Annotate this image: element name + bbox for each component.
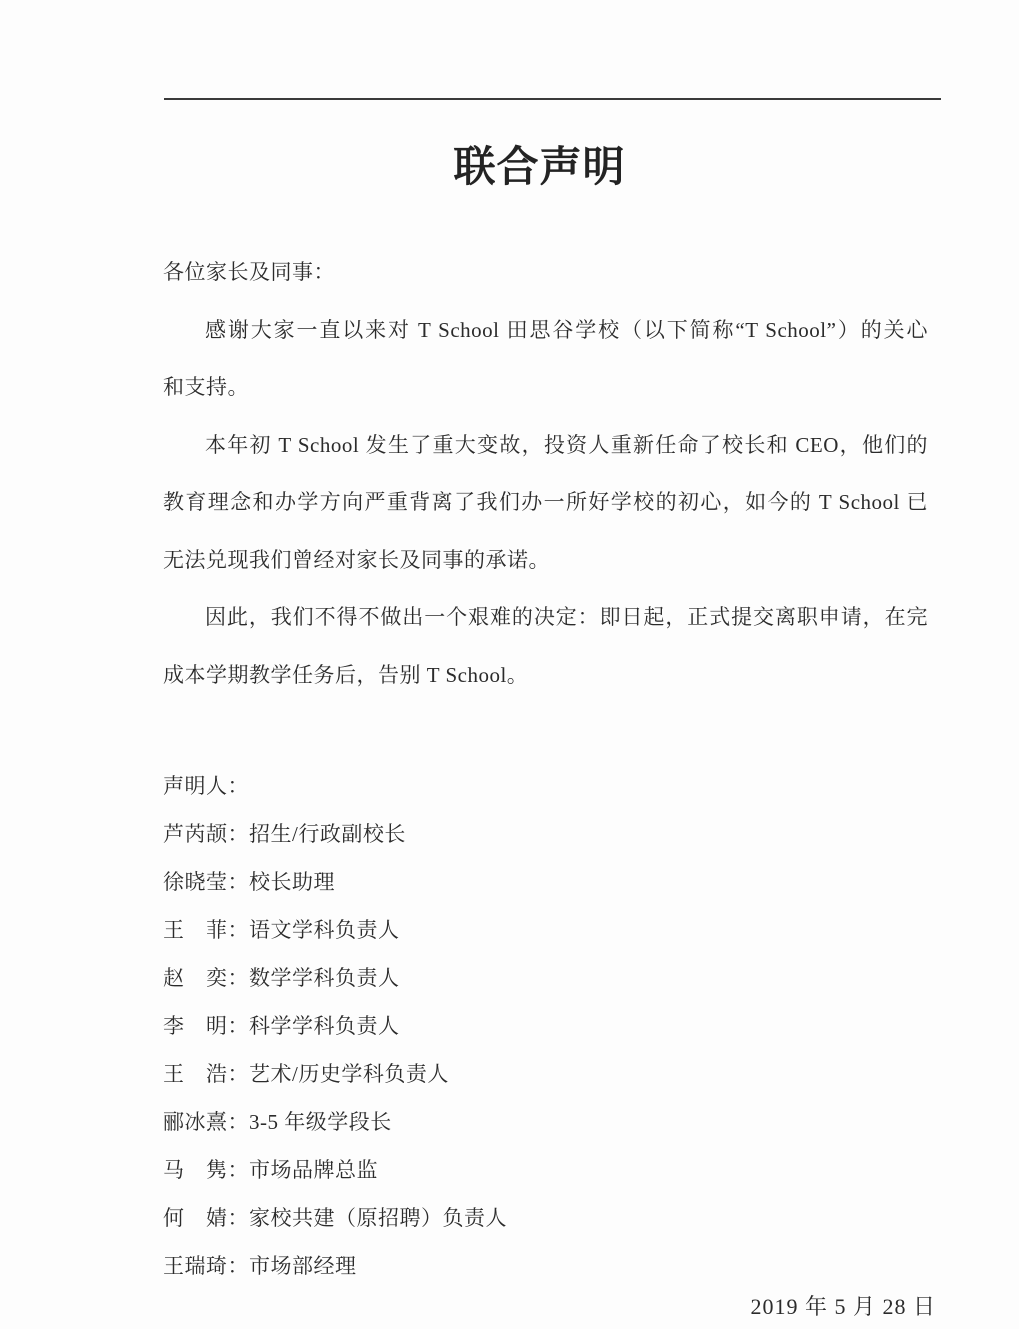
paragraph-2-line-1: 本年初 T School 发生了重大变故，投资人重新任命了校长和 CEO，他们的 <box>163 417 928 475</box>
salutation: 各位家长及同事： <box>163 244 928 302</box>
paragraph-3: 因此，我们不得不做出一个艰难的决定：即日起，正式提交离职申请，在完 成本学期教学… <box>163 589 928 704</box>
document-page: 联合声明 各位家长及同事： 感谢大家一直以来对 T School 田思谷学校（以… <box>0 0 1019 1329</box>
signatures-block: 声明人： 芦芮颉：招生/行政副校长 徐晓莹：校长助理 王 菲：语文学科负责人 赵… <box>163 762 928 1290</box>
header-divider <box>164 98 941 100</box>
body-text: 各位家长及同事： 感谢大家一直以来对 T School 田思谷学校（以下简称“T… <box>163 244 928 704</box>
paragraph-1: 感谢大家一直以来对 T School 田思谷学校（以下简称“T School”）… <box>163 302 928 417</box>
signatory-line: 王 菲：语文学科负责人 <box>163 906 928 954</box>
signatory-line: 徐晓莹：校长助理 <box>163 858 928 906</box>
signatory-line: 芦芮颉：招生/行政副校长 <box>163 810 928 858</box>
paragraph-3-line-1: 因此，我们不得不做出一个艰难的决定：即日起，正式提交离职申请，在完 <box>163 589 928 647</box>
paragraph-2-line-2: 教育理念和办学方向严重背离了我们办一所好学校的初心，如今的 T School 已 <box>163 474 928 532</box>
signatory-line: 赵 奕：数学学科负责人 <box>163 954 928 1002</box>
paragraph-2-line-3: 无法兑现我们曾经对家长及同事的承诺。 <box>163 532 928 590</box>
paragraph-1-line-1: 感谢大家一直以来对 T School 田思谷学校（以下简称“T School”）… <box>163 302 928 360</box>
paragraph-3-line-2: 成本学期教学任务后，告别 T School。 <box>163 647 928 705</box>
signatory-line: 马 隽：市场品牌总监 <box>163 1146 928 1194</box>
date-line: 2019 年 5 月 28 日 <box>163 1283 936 1329</box>
signatory-line: 王 浩：艺术/历史学科负责人 <box>163 1050 928 1098</box>
paragraph-2: 本年初 T School 发生了重大变故，投资人重新任命了校长和 CEO，他们的… <box>163 417 928 590</box>
signatory-line: 何 婧：家校共建（原招聘）负责人 <box>163 1194 928 1242</box>
page-title: 联合声明 <box>30 142 1019 195</box>
signatory-line: 郦冰熹：3-5 年级学段长 <box>163 1098 928 1146</box>
paragraph-1-line-2: 和支持。 <box>163 359 928 417</box>
signatories-label: 声明人： <box>163 762 928 810</box>
signatory-line: 李 明：科学学科负责人 <box>163 1002 928 1050</box>
